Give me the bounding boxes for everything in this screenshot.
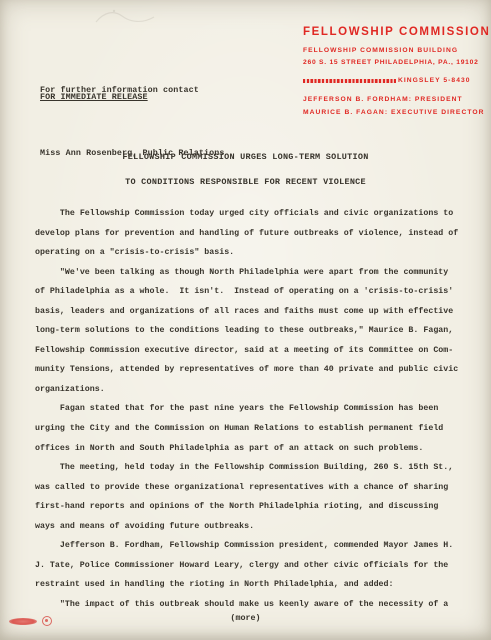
letterhead-phone: KINGSLEY 5-8430	[398, 77, 471, 84]
paragraph-6: "The impact of this outbreak should make…	[35, 595, 465, 615]
paragraph-3: Fagan stated that for the past nine year…	[35, 399, 465, 458]
press-release-page: For further information contact Miss Ann…	[0, 0, 491, 640]
paragraph-1: The Fellowship Commission today urged ci…	[35, 204, 465, 263]
paragraph-2: "We've been talking as though North Phil…	[35, 263, 465, 400]
paragraph-5: Jefferson B. Fordham, Fellowship Commiss…	[35, 536, 465, 595]
continuation-marker: (more)	[0, 613, 491, 623]
red-oval-stamp-mark	[9, 618, 37, 625]
pencil-annotation-mark	[92, 4, 167, 30]
release-label: FOR IMMEDIATE RELEASE	[40, 92, 148, 102]
body-text: The Fellowship Commission today urged ci…	[35, 204, 465, 614]
striped-rule-decoration	[303, 79, 396, 83]
organization-name: FELLOWSHIP COMMISSION	[303, 26, 481, 38]
letterhead: FELLOWSHIP COMMISSION FELLOWSHIP COMMISS…	[303, 26, 481, 116]
headline: FELLOWSHIP COMMISSION URGES LONG-TERM SO…	[0, 145, 491, 195]
letterhead-building-line: FELLOWSHIP COMMISSION BUILDING	[303, 47, 481, 54]
paragraph-4: The meeting, held today in the Fellowshi…	[35, 458, 465, 536]
letterhead-president-line: JEFFERSON B. FORDHAM: PRESIDENT	[303, 96, 481, 103]
letterhead-phone-row: KINGSLEY 5-8430	[303, 77, 481, 84]
letterhead-address-line: 260 S. 15 STREET PHILADELPHIA, PA., 1910…	[303, 59, 481, 66]
red-circle-stamp-mark	[42, 616, 52, 626]
letterhead-director-line: MAURICE B. FAGAN: EXECUTIVE DIRECTOR	[303, 109, 481, 116]
